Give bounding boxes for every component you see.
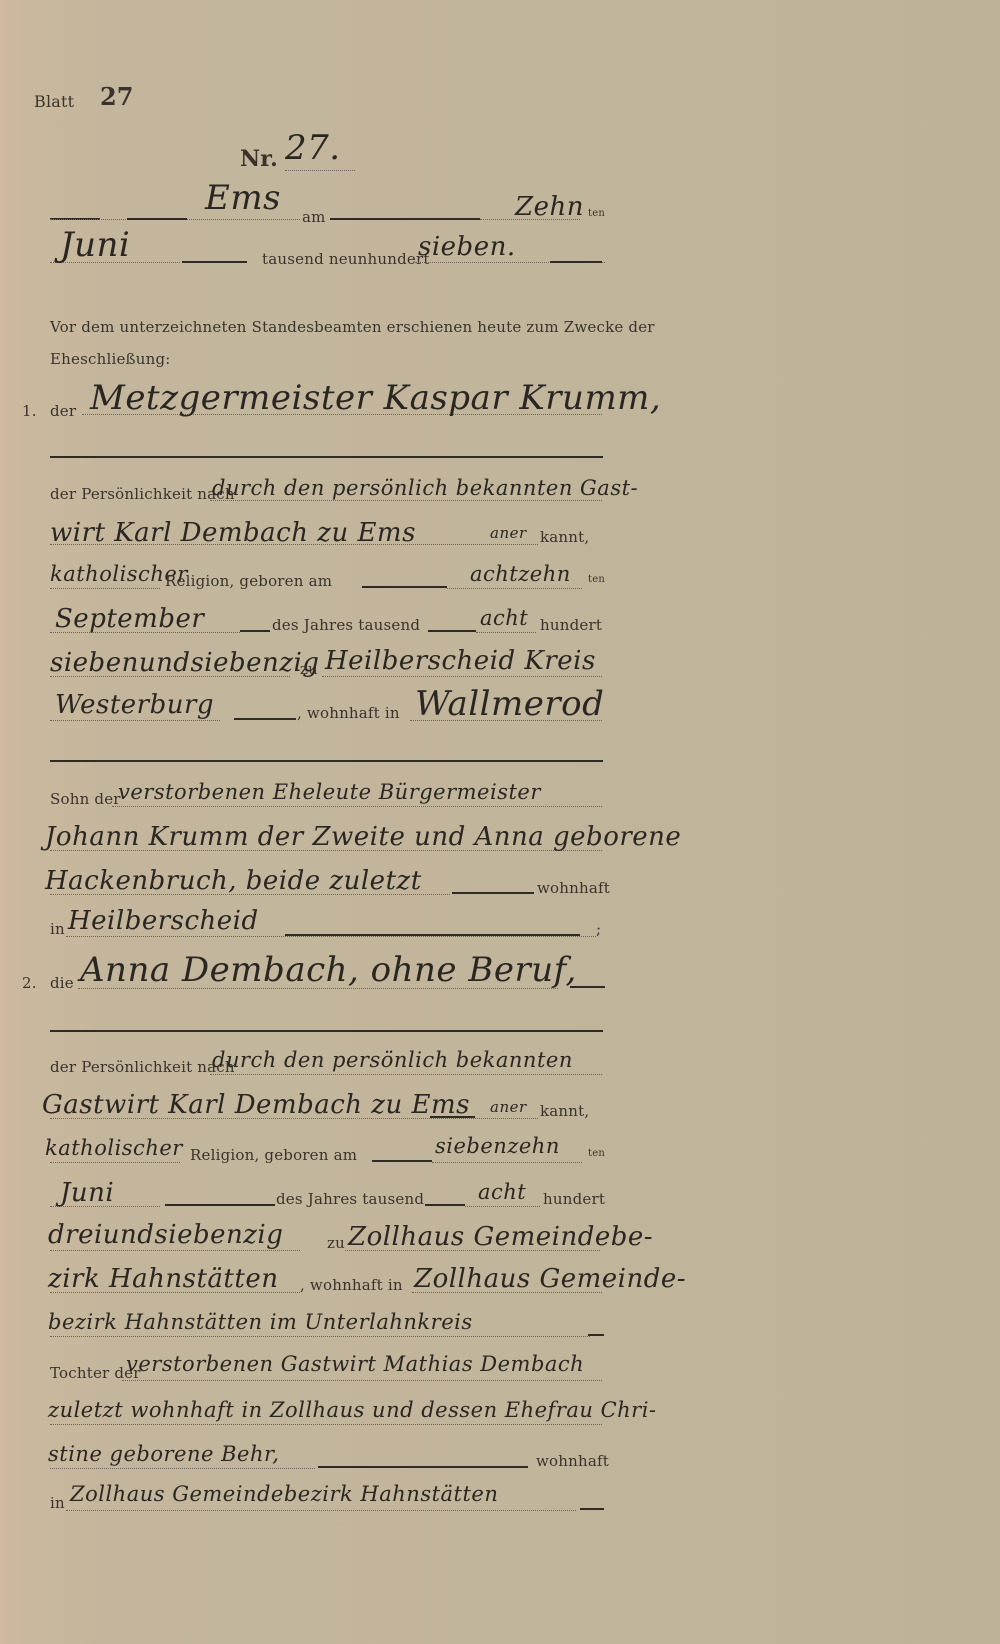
dash: [285, 934, 580, 936]
dash: [580, 1508, 604, 1510]
dash: [234, 718, 296, 720]
person1-identity-line1: durch den persönlich bekannten Gast-: [212, 476, 638, 500]
person1-parents-line1: verstorbenen Eheleute Bürgermeister: [118, 780, 541, 804]
day-suffix: ten: [588, 208, 605, 219]
day-suffix: ten: [588, 1148, 605, 1159]
person1-number: 1.: [22, 402, 37, 420]
person1-birth-century: acht: [480, 606, 528, 630]
parents-wohnhaft-label: wohnhaft: [537, 879, 610, 897]
dotline: [50, 1468, 315, 1469]
blatt-label: Blatt: [34, 92, 74, 111]
person2-birth-year: dreiundsiebenzig: [48, 1220, 283, 1250]
am-label: am: [302, 208, 326, 226]
person2-residence: Zollhaus Gemeinde-: [414, 1264, 686, 1294]
person2-parents-line3: stine geborene Behr,: [48, 1442, 279, 1466]
dash: [570, 986, 605, 988]
person2-parents-line1: verstorbenen Gastwirt Mathias Dembach: [126, 1352, 584, 1376]
person2-religion: katholischer: [45, 1136, 183, 1160]
hundert-label: hundert: [543, 1190, 605, 1208]
person1-parents-line3: Hackenbruch, beide zuletzt: [45, 866, 422, 896]
person2-birth-day: siebenzehn: [435, 1134, 560, 1158]
identity-label: der Persönlichkeit nach: [50, 485, 235, 503]
dotline: [322, 676, 602, 677]
religion-label: Religion, geboren am: [190, 1146, 357, 1164]
person2-number: 2.: [22, 974, 37, 992]
person1-birth-day: achtzehn: [470, 562, 571, 586]
person2-birth-place: Zollhaus Gemeindebe-: [348, 1222, 653, 1252]
identity-label: der Persönlichkeit nach: [50, 1058, 235, 1076]
person2-parents-residence: Zollhaus Gemeindebezirk Hahnstätten: [70, 1482, 498, 1506]
dotline: [447, 588, 582, 589]
person2-article: die: [50, 974, 74, 992]
person1-birth-place: Heilberscheid Kreis: [325, 646, 596, 676]
person2-parents-line2: zuletzt wohnhaft in Zollhaus und dessen …: [48, 1398, 657, 1422]
nr-label: Nr.: [240, 146, 278, 172]
dash: [428, 630, 476, 632]
dotline: [432, 1162, 582, 1163]
person2-birth-month: Juni: [60, 1178, 114, 1208]
birth-year-label: des Jahres tausend: [276, 1190, 424, 1208]
person1-birth-year: siebenundsiebenzig: [50, 648, 319, 678]
dash: [240, 630, 270, 632]
dash: [182, 261, 247, 263]
dash: [330, 218, 480, 220]
dash: [165, 1204, 275, 1206]
dotline: [476, 632, 536, 633]
date-place: Ems: [205, 178, 281, 218]
dotline: [122, 1380, 602, 1381]
person1-name: Metzgermeister Kaspar Krumm,: [90, 378, 661, 418]
dotline: [50, 1250, 300, 1251]
dash: [430, 1116, 475, 1118]
person2-identity-line2: Gastwirt Karl Dembach zu Ems: [42, 1090, 470, 1120]
person1-identity-line2: wirt Karl Dembach zu Ems: [50, 518, 416, 548]
wohnhaft-label: , wohnhaft in: [300, 1276, 403, 1294]
wohnhaft-label: , wohnhaft in: [297, 704, 400, 722]
end-mark: ;: [596, 920, 601, 938]
person2-residence2: bezirk Hahnstätten im Unterlahnkreis: [48, 1310, 473, 1334]
dotline: [50, 588, 160, 589]
dotline: [465, 1206, 540, 1207]
parents-label: Sohn der: [50, 790, 121, 808]
person1-article: der: [50, 402, 76, 420]
person2-identity-suffix: aner: [490, 1098, 527, 1116]
date-month: Juni: [60, 225, 130, 265]
dotline: [50, 1336, 590, 1337]
person2-identity-line1: durch den persönlich bekannten: [212, 1048, 573, 1072]
person1-parents-line2: Johann Krumm der Zweite und Anna geboren…: [45, 822, 681, 852]
person2-birth-century: acht: [478, 1180, 526, 1204]
zu-label: zu: [327, 1234, 345, 1252]
dash: [372, 1160, 432, 1162]
person2-name: Anna Dembach, ohne Beruf,: [80, 950, 577, 990]
kannt-label: kannt,: [540, 528, 589, 546]
parents-wohnhaft-label: wohnhaft: [536, 1452, 609, 1470]
intro-line1: Vor dem unterzeichneten Standesbeamten e…: [50, 318, 655, 336]
person1-parents-residence: Heilberscheid: [68, 906, 259, 936]
person1-birth-place2: Westerburg: [55, 690, 214, 720]
dotline: [50, 1162, 180, 1163]
hundert-label: hundert: [540, 616, 602, 634]
dotline: [66, 936, 596, 937]
dotline: [112, 806, 602, 807]
date-day: Zehn: [515, 192, 584, 222]
dotline: [210, 500, 602, 501]
dash: [452, 892, 534, 894]
year-label: tausend neunhundert: [262, 250, 430, 268]
dash: [425, 1204, 465, 1206]
blatt-number: 27: [100, 82, 133, 111]
dash: [127, 218, 187, 220]
in-label: in: [50, 920, 65, 938]
person1-identity-suffix: aner: [490, 524, 527, 542]
day-suffix: ten: [588, 574, 605, 585]
person1-birth-month: September: [55, 604, 204, 634]
dash: [362, 586, 447, 588]
section-rule: [50, 456, 603, 458]
person1-residence: Wallmerod: [415, 684, 604, 724]
person2-birth-place2: zirk Hahnstätten: [48, 1264, 278, 1294]
birth-year-label: des Jahres tausend: [272, 616, 420, 634]
nr-underline: [285, 170, 355, 171]
section-rule: [50, 760, 603, 762]
kannt-label: kannt,: [540, 1102, 589, 1120]
in-label: in: [50, 1494, 65, 1512]
intro-line2: Eheschließung:: [50, 350, 171, 368]
nr-value: 27.: [285, 128, 341, 168]
dash: [550, 261, 602, 263]
date-year: sieben.: [418, 232, 516, 262]
zu-label: zu: [300, 660, 318, 678]
dotline: [66, 1510, 576, 1511]
dotline: [210, 1074, 602, 1075]
dash: [588, 1334, 604, 1336]
dash: [318, 1466, 528, 1468]
religion-label: Religion, geboren am: [165, 572, 332, 590]
dotline: [50, 720, 220, 721]
dotline: [50, 1424, 602, 1425]
civil-register-page: Blatt 27 Nr. 27. Ems am Zehn ten Juni ta…: [0, 0, 1000, 1644]
section-rule: [50, 1030, 603, 1032]
